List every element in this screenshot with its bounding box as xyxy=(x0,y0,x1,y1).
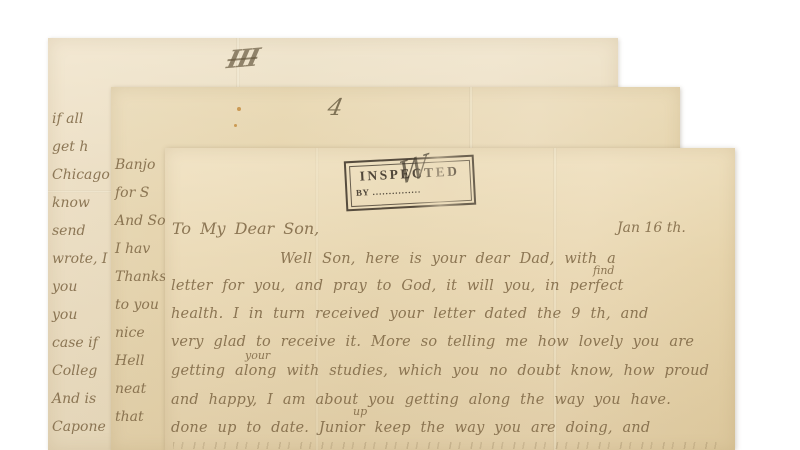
text-fragment: you xyxy=(52,279,77,295)
foxing-spot xyxy=(234,124,237,127)
stamp-by-label: BY xyxy=(356,187,370,198)
text-fragment: nice xyxy=(115,325,145,341)
text-fragment: Capone xyxy=(52,419,106,435)
text-fragment: get h xyxy=(52,139,88,155)
text-fragment: you xyxy=(52,307,77,323)
inserted-word: find xyxy=(593,264,614,277)
text-fragment: if all xyxy=(52,111,83,127)
text-fragment: send xyxy=(52,223,85,239)
text-fragment: Chicago xyxy=(52,167,110,183)
letter-date: Jan 16 th. xyxy=(617,220,686,236)
letter-photograph: III if all get h Chicago know send wrote… xyxy=(0,0,800,450)
inserted-word: your xyxy=(245,349,270,362)
text-fragment: And So xyxy=(115,213,166,229)
page-number-four: 4 xyxy=(325,95,345,121)
text-fragment: that xyxy=(115,409,144,425)
text-fragment: I hav xyxy=(115,241,150,257)
letter-line: and happy, I am about you getting along … xyxy=(171,392,671,408)
letter-line: getting along with studies, which you no… xyxy=(171,363,709,379)
text-fragment: And is xyxy=(52,391,96,407)
letter-salutation: To My Dear Son, xyxy=(172,219,319,238)
inserted-word: up xyxy=(353,405,367,418)
text-fragment: Hell xyxy=(115,353,144,369)
letter-line: letter for you, and pray to God, it will… xyxy=(171,278,624,294)
text-fragment: to you xyxy=(115,297,159,313)
text-fragment: know xyxy=(52,195,90,211)
text-fragment: Banjo xyxy=(115,157,155,173)
letter-line: very glad to receive it. More so telling… xyxy=(171,334,694,350)
foxing-spot xyxy=(237,107,241,111)
text-fragment: for S xyxy=(115,185,149,201)
letter-page-front: INSPECTED BY ............... W To My Dea… xyxy=(165,148,735,450)
letter-line: health. I in turn received your letter d… xyxy=(171,306,649,322)
text-fragment: case if xyxy=(52,335,98,351)
text-fragment: neat xyxy=(115,381,146,397)
inspection-stamp: INSPECTED BY ............... W xyxy=(344,155,476,212)
stamp-inspector-initials: W xyxy=(398,151,430,191)
text-fragment: Colleg xyxy=(52,363,97,379)
cut-off-text-line xyxy=(173,442,719,449)
text-fragment: Thanks xyxy=(115,269,166,285)
letter-line: done up to date. Junior keep the way you… xyxy=(171,420,650,436)
text-fragment: wrote, I xyxy=(52,251,107,267)
page-number-three: III xyxy=(224,43,261,74)
letter-line: Well Son, here is your dear Dad, with a xyxy=(280,251,616,267)
